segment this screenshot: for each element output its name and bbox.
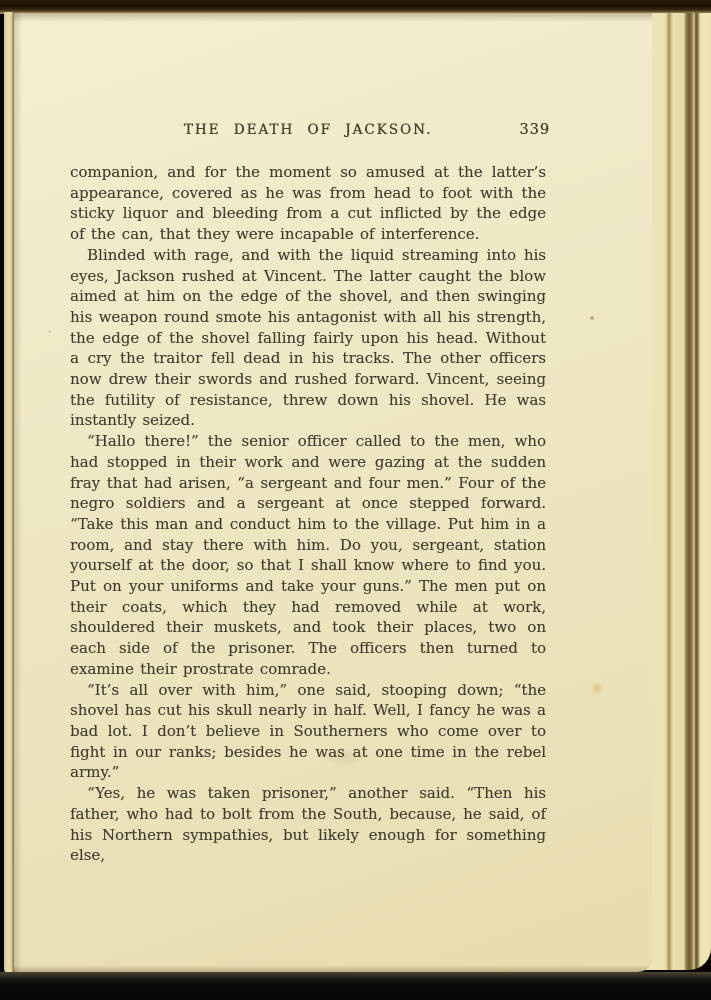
paragraph: companion, and for the moment so amused … — [70, 162, 546, 245]
book-cover-top-edge — [0, 0, 711, 14]
paragraph: “Hallo there!” the senior officer called… — [70, 431, 546, 679]
book-page: THE DEATH OF JACKSON. 339 companion, and… — [14, 13, 652, 972]
page-body: companion, and for the moment so amused … — [70, 162, 546, 866]
paragraph: “It’s all over with him,” one said, stoo… — [70, 680, 546, 784]
book-scan: THE DEATH OF JACKSON. 339 companion, and… — [0, 0, 711, 1000]
page-header: THE DEATH OF JACKSON. 339 — [70, 121, 546, 139]
page-number: 339 — [519, 121, 550, 139]
paragraph: “Yes, he was taken prisoner,” another sa… — [70, 783, 546, 866]
bottom-scan-edge — [0, 972, 711, 1000]
running-title: THE DEATH OF JACKSON. — [70, 121, 546, 139]
paragraph: Blinded with rage, and with the liquid s… — [70, 245, 546, 431]
